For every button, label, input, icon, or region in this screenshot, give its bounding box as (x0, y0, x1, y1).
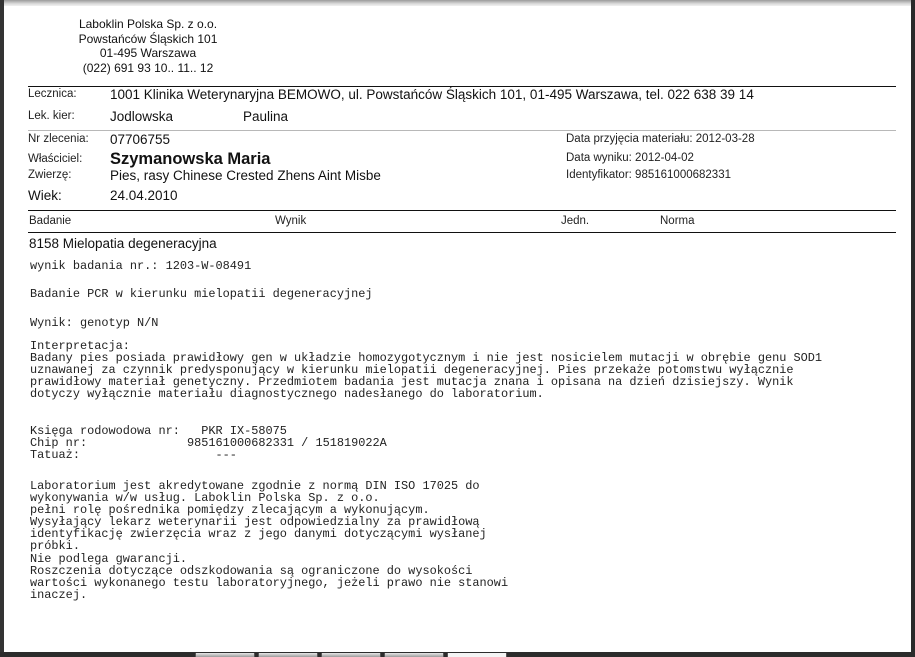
tattoo-value: --- (216, 448, 237, 462)
received-date-value: 2012-03-28 (696, 133, 755, 145)
column-header-test: Badanie (29, 215, 71, 227)
order-number: 07706755 (110, 132, 170, 147)
column-header-norm: Norma (660, 215, 695, 227)
page-tab[interactable] (195, 653, 255, 657)
animal-value: Pies, rasy Chinese Crested Zhens Aint Mi… (110, 168, 381, 183)
window-right-border (911, 0, 915, 657)
page-tab[interactable] (258, 653, 318, 657)
doctor-first-name: Paulina (243, 109, 288, 124)
test-method: Badanie PCR w kierunku mielopatii degene… (30, 288, 373, 300)
doctor-label: Lek. kier: (28, 110, 75, 122)
interpretation-line: dotyczy wyłącznie materiału diagnostyczn… (30, 387, 544, 401)
disclaimer-line: inaczej. (30, 588, 87, 602)
owner-label: Właściciel: (28, 153, 82, 165)
disclaimer-line: identyfikację zwierzęcia wraz z jego dan… (30, 527, 487, 541)
disclaimer-line: wartości wykonanego testu laboratoryjneg… (30, 576, 508, 590)
lab-name: Laboklin Polska Sp. z o.o. (68, 17, 228, 32)
doctor-last-name: Jodlowska (110, 109, 173, 124)
lab-street: Powstańców Śląskich 101 (68, 32, 228, 47)
tattoo-row: Tatuaż: --- (30, 449, 237, 461)
test-result: Wynik: genotyp N/N (30, 317, 158, 329)
report-number: wynik badania nr.: 1203-W-08491 (30, 260, 251, 272)
page-tab-strip (195, 652, 507, 657)
age-label: Wiek: (28, 188, 62, 203)
clinic-label: Lecznica: (28, 88, 77, 100)
lab-address-block: Laboklin Polska Sp. z o.o. Powstańców Śl… (68, 17, 228, 75)
result-date: Data wyniku: 2012-04-02 (566, 152, 694, 164)
disclaimer-text: Laboratorium jest akredytowane zgodnie z… (30, 480, 508, 601)
page-tab[interactable] (321, 653, 381, 657)
order-number-label: Nr zlecenia: (28, 133, 89, 145)
identifier-value: 985161000682331 (635, 169, 731, 181)
document-page: Laboklin Polska Sp. z o.o. Powstańców Śl… (4, 6, 911, 652)
column-header-unit: Jedn. (561, 215, 589, 227)
interpretation-text: Badany pies posiada prawidłowy gen w ukł… (30, 352, 822, 400)
result-date-label: Data wyniku: (566, 152, 632, 164)
divider (28, 210, 896, 211)
received-date: Data przyjęcia materiału: 2012-03-28 (566, 133, 755, 145)
column-header-result: Wynik (275, 215, 306, 227)
divider (28, 130, 896, 131)
owner-name: Szymanowska Maria (110, 150, 271, 169)
animal-label: Zwierzę: (28, 169, 71, 181)
divider (28, 232, 896, 233)
page-tab[interactable] (384, 653, 444, 657)
age-value: 24.04.2010 (110, 188, 178, 203)
result-date-value: 2012-04-02 (635, 152, 694, 164)
page-tab-active[interactable] (447, 653, 507, 657)
received-date-label: Data przyjęcia materiału: (566, 133, 693, 145)
test-title: 8158 Mielopatia degeneracyjna (29, 236, 217, 251)
lab-city: 01-495 Warszawa (68, 46, 228, 61)
lab-phone: (022) 691 93 10.. 11.. 12 (68, 61, 228, 76)
identifier-label: Identyfikator: (566, 169, 632, 181)
identifier: Identyfikator: 985161000682331 (566, 169, 731, 181)
tattoo-label: Tatuaż: (30, 448, 80, 462)
clinic-value: 1001 Klinika Weterynaryjna BEMOWO, ul. P… (110, 87, 754, 102)
